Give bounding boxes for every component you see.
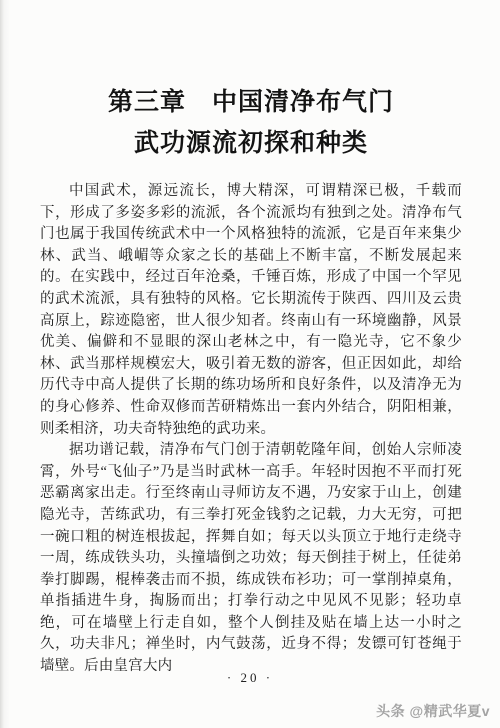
chapter-title-line1: 第三章 中国清净布气门 (40, 82, 462, 123)
page-number: · 20 · (0, 670, 500, 686)
paragraph-1: 中国武术，源远流长，博大精深，可谓精深已极，千载而下，形成了多姿多彩的流派，各个… (40, 181, 462, 440)
toutiao-watermark: 头条 @精武华夏v (376, 701, 490, 721)
chapter-title-line2: 武功源流初探和种类 (40, 123, 462, 164)
body-text: 中国武术，源远流长，博大精深，可谓精深已极，千载而下，形成了多姿多彩的流派，各个… (40, 181, 462, 678)
scan-page-edge (0, 0, 10, 728)
paragraph-2: 据功谱记载，清净布气门创于清朝乾隆年间，创始人宗师凌霄，外号“飞仙子”乃是当时武… (40, 440, 462, 678)
page-content: 第三章 中国清净布气门 武功源流初探和种类 中国武术，源远流长，博大精深，可谓精… (40, 82, 462, 678)
chapter-title: 第三章 中国清净布气门 武功源流初探和种类 (40, 82, 462, 164)
book-page: 第三章 中国清净布气门 武功源流初探和种类 中国武术，源远流长，博大精深，可谓精… (0, 0, 500, 728)
